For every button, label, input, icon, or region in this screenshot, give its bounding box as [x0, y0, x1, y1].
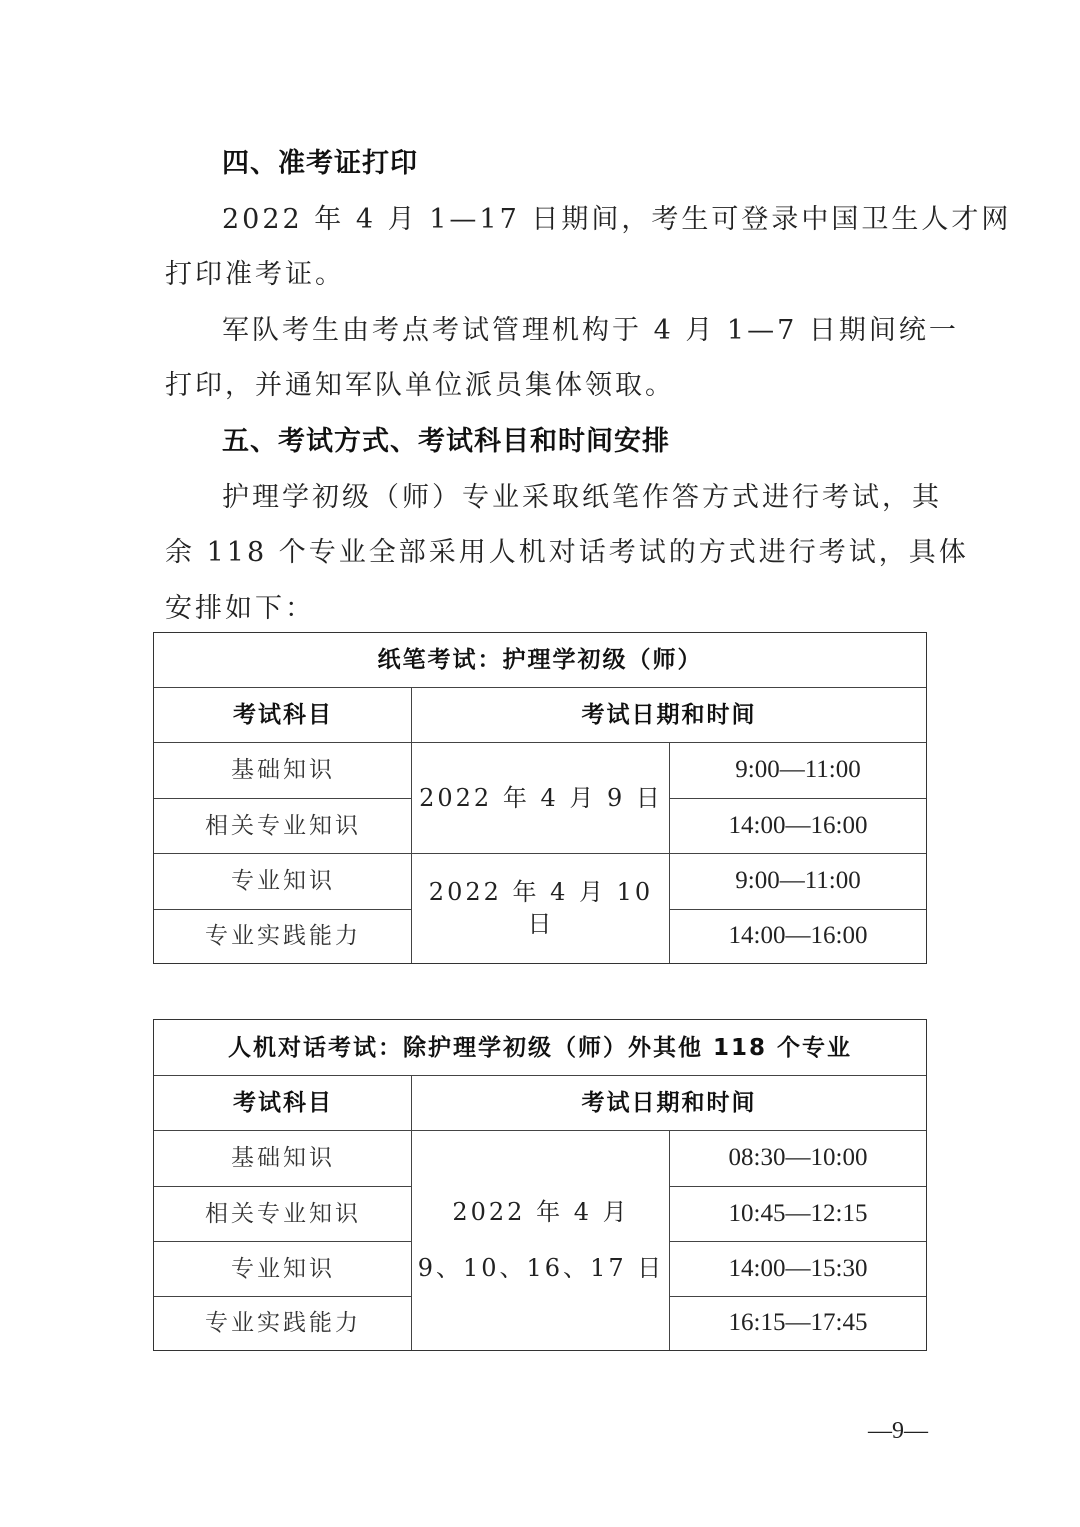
section-5-paragraph-line-3: 安排如下：: [165, 591, 925, 627]
column-header-datetime: 考试日期和时间: [412, 1075, 926, 1130]
section-5-heading: 五、考试方式、考试科目和时间安排: [222, 424, 982, 460]
column-header-subject: 考试科目: [154, 1075, 412, 1130]
computer-exam-table: 人机对话考试：除护理学初级（师）外其他 118 个专业 考试科目 考试日期和时间…: [153, 1019, 927, 1351]
date-line-2: 9、10、16、17 日: [418, 1240, 665, 1296]
subject-cell: 专业知识: [154, 1241, 412, 1296]
subject-cell: 相关专业知识: [154, 1186, 412, 1241]
column-header-subject: 考试科目: [154, 687, 412, 742]
subject-cell: 基础知识: [154, 1130, 412, 1186]
subject-cell: 专业实践能力: [154, 909, 412, 963]
section-5-paragraph-line-2: 余 118 个专业全部采用人机对话考试的方式进行考试，具体: [165, 535, 925, 571]
time-cell: 9:00—11:00: [670, 742, 926, 798]
page-number: —9—: [868, 1418, 928, 1445]
section-4-paragraph-1-line-1: 2022 年 4 月 1—17 日期间，考生可登录中国卫生人才网: [222, 202, 982, 238]
table-title: 纸笔考试：护理学初级（师）: [154, 633, 926, 687]
subject-cell: 基础知识: [154, 742, 412, 798]
column-header-datetime: 考试日期和时间: [412, 687, 926, 742]
time-cell: 16:15—17:45: [670, 1296, 926, 1350]
subject-cell: 相关专业知识: [154, 798, 412, 853]
section-4-paragraph-1-line-2: 打印准考证。: [165, 257, 925, 293]
section-4-paragraph-2-line-2: 打印，并通知军队单位派员集体领取。: [165, 368, 925, 404]
table-title: 人机对话考试：除护理学初级（师）外其他 118 个专业: [154, 1020, 926, 1075]
subject-cell: 专业实践能力: [154, 1296, 412, 1350]
subject-cell: 专业知识: [154, 853, 412, 909]
date-cell: 2022 年 4 月 9、10、16、17 日: [412, 1130, 670, 1350]
time-cell: 08:30—10:00: [670, 1130, 926, 1186]
time-cell: 9:00—11:00: [670, 853, 926, 909]
date-cell: 2022 年 4 月 9 日: [412, 742, 670, 853]
section-5-paragraph-line-1: 护理学初级（师）专业采取纸笔作答方式进行考试，其: [222, 480, 982, 516]
time-cell: 14:00—16:00: [670, 909, 926, 963]
date-cell: 2022 年 4 月 10 日: [412, 853, 670, 963]
time-cell: 14:00—16:00: [670, 798, 926, 853]
section-4-heading: 四、准考证打印: [222, 146, 982, 182]
time-cell: 14:00—15:30: [670, 1241, 926, 1296]
paper-exam-table: 纸笔考试：护理学初级（师） 考试科目 考试日期和时间 基础知识 相关专业知识 专…: [153, 632, 927, 964]
time-cell: 10:45—12:15: [670, 1186, 926, 1241]
date-line-1: 2022 年 4 月: [452, 1184, 629, 1240]
section-4-paragraph-2-line-1: 军队考生由考点考试管理机构于 4 月 1—7 日期间统一: [222, 313, 982, 349]
